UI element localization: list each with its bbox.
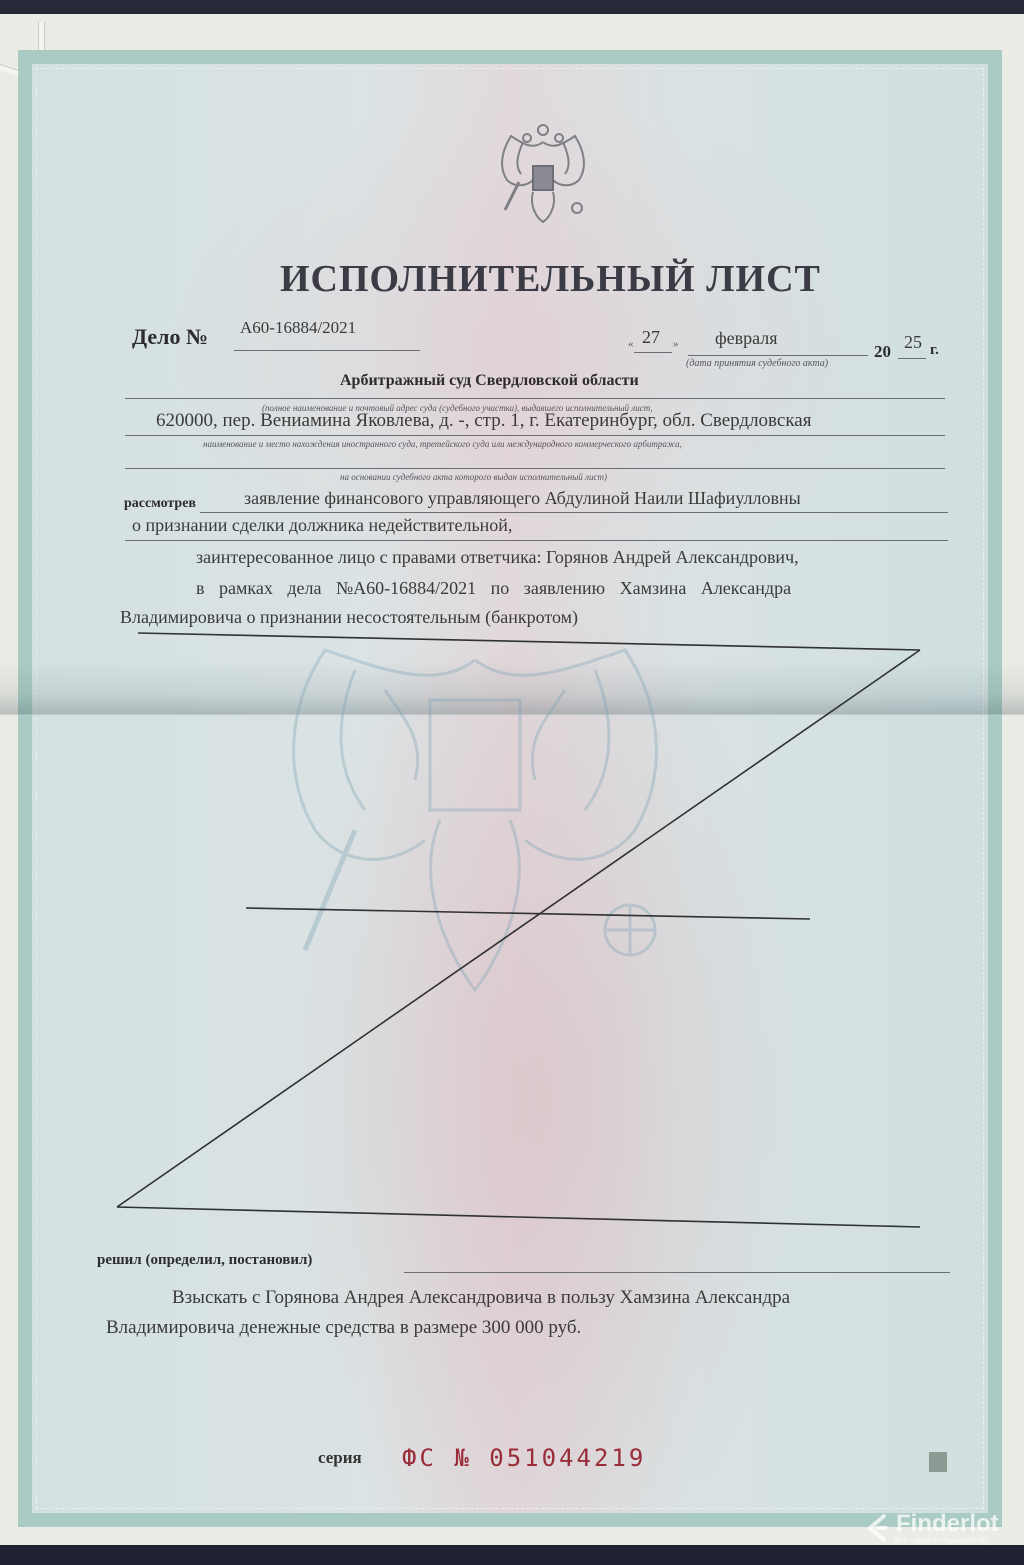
finderlot-tagline: Все торги по банкротству [894, 1536, 988, 1545]
decision-line-1: Взыскать с Горянова Андрея Александрович… [172, 1287, 790, 1309]
decided-label: решил (определил, постановил) [97, 1252, 312, 1269]
finderlot-watermark: Finderlot Все торги по банкротству [862, 1508, 1022, 1548]
security-square-mark [929, 1452, 947, 1472]
finderlot-brand: Finderlot [896, 1510, 999, 1538]
serial-label: серия [318, 1448, 362, 1468]
finderlot-logo-icon [864, 1512, 890, 1544]
serial-number: ФС № 051044219 [402, 1444, 646, 1472]
decision-line-2: Владимировича денежные средства в размер… [106, 1317, 581, 1339]
decided-underline [404, 1272, 950, 1273]
